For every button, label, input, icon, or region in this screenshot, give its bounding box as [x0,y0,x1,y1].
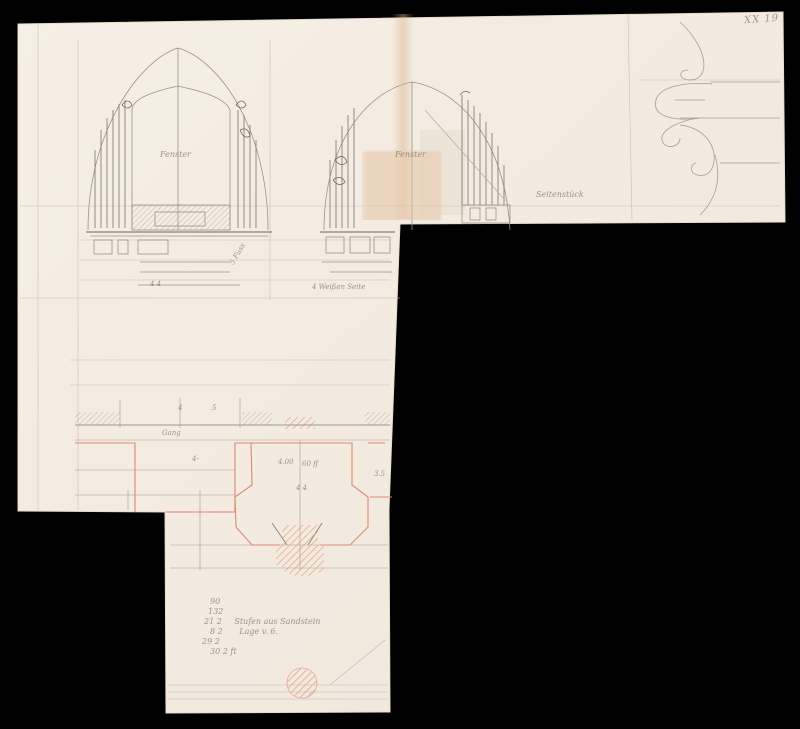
right-caption: 4 Weißen Seite [312,283,365,291]
plan-passage-label: Gang [162,429,181,437]
apse-hatch [276,525,324,576]
side-caption: Seitenstück [536,190,584,199]
plan-dim-b: 5 [212,404,216,412]
column-hatch [287,668,317,698]
calc-line: 132 [200,607,320,617]
calc-note-1: Stufen aus Sandstein [234,617,320,626]
left-window-label: Fenster [160,150,191,159]
calc-note-2: Lage v. 6. [239,627,278,636]
calc-line: 8 2 Lage v. 6. [200,627,320,637]
calc-value: 8 2 [210,627,223,636]
plan-dim-a: 4 [178,404,182,412]
calculation-notes: 90 132 21 2 Stufen aus Sandstein 8 2 Lag… [200,597,320,657]
plan-dim-c: 4- [192,455,199,463]
calc-line: 90 [200,597,320,607]
calc-line: 30 2 ft [200,647,320,657]
left-dim-bottom: 4 4 [150,280,161,288]
plan-room-dim-1: 4.00 [278,458,294,466]
plan-room-dim-2: 4 4 [296,484,307,492]
right-window-label: Fenster [395,150,426,159]
calc-line: 29 2 [200,637,320,647]
plan-room-area: 60 ff [302,460,318,468]
calc-value: 21 2 [204,617,222,626]
document-scan [0,0,800,729]
calc-line: 21 2 Stufen aus Sandstein [200,617,320,627]
plan-side-dim: 3.5 [374,470,385,478]
